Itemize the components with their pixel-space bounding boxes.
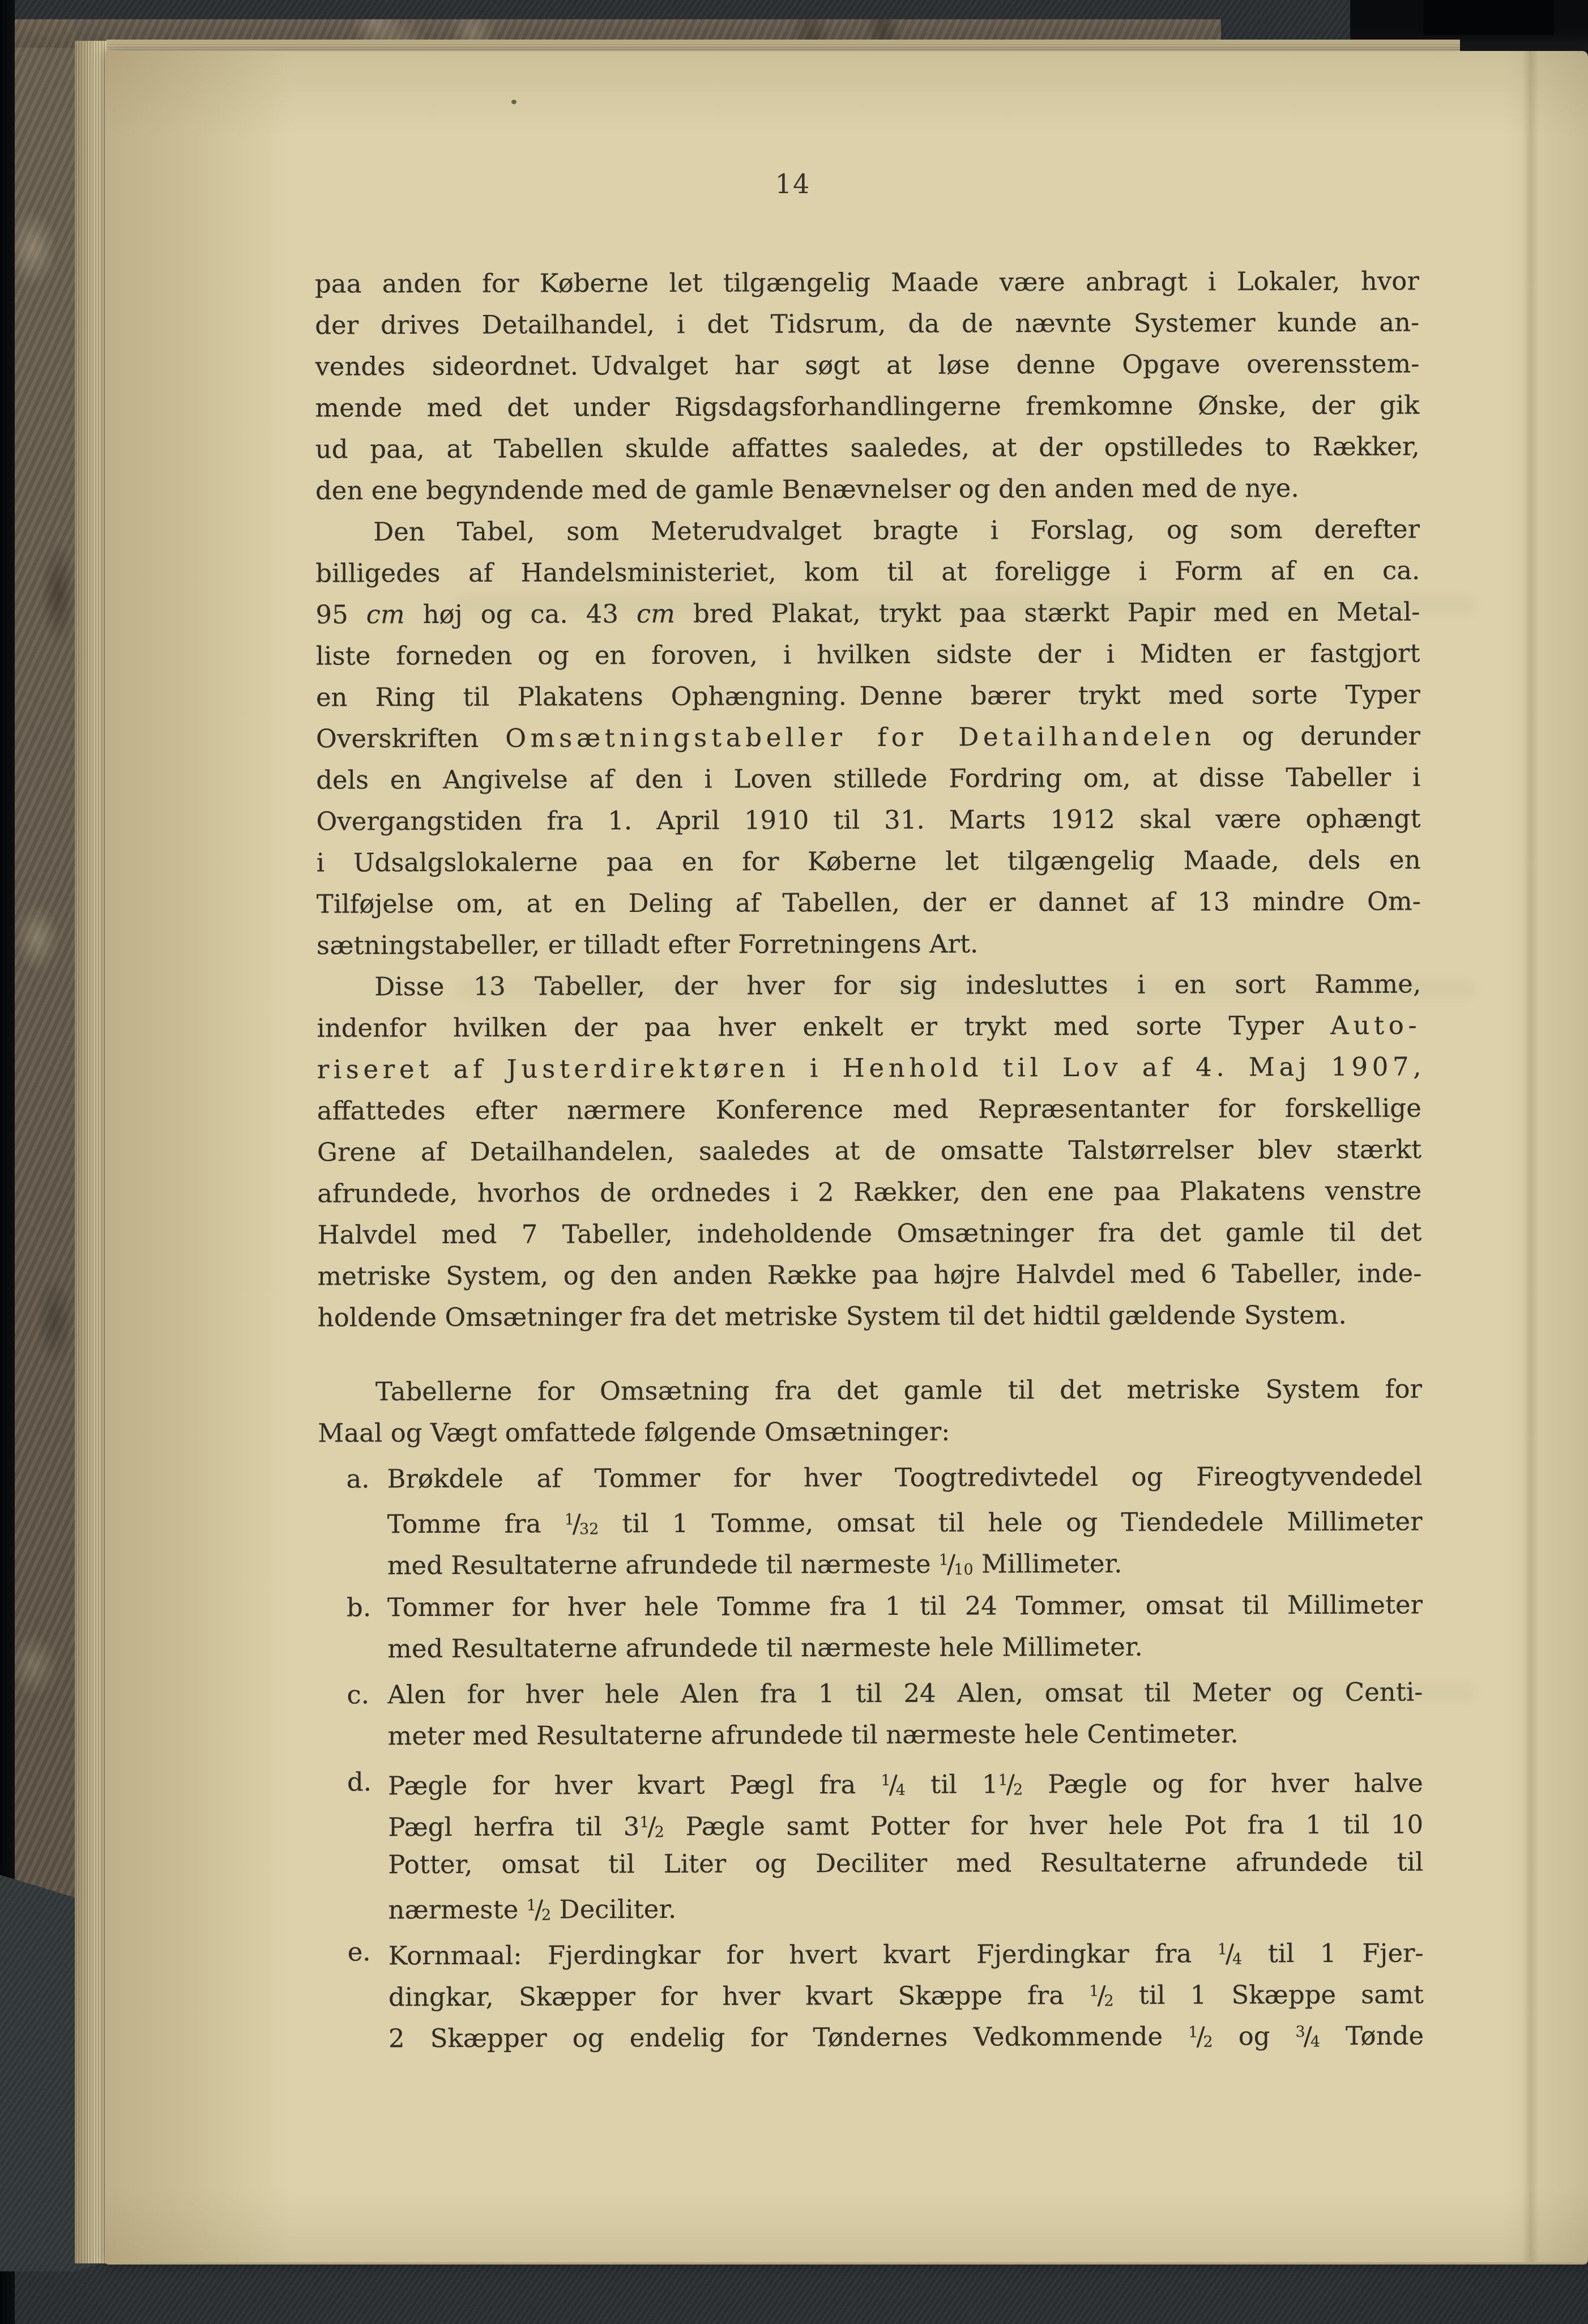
text-segment: Halvdel med 7 Tabeller, indeholdende Oms… [317, 1217, 1421, 1250]
page-edges-left [75, 41, 108, 2263]
text-segment: Disse 13 Tabeller, der hver for sig inde… [374, 969, 1421, 1001]
text-segment: der drives Detailhandel, i det Tidsrum, … [315, 307, 1419, 340]
text-line: Overgangstiden fra 1. April 1910 til 31.… [316, 798, 1420, 842]
fraction: 1/2 [1188, 2021, 1213, 2051]
text-line: Tilføjelse om, at en Deling af Tabellen,… [317, 880, 1421, 924]
fraction: 1/32 [565, 1508, 599, 1538]
text-segment: Pægle for hver kvart Pægl fra [388, 1769, 881, 1801]
text-line: Overskriften Omsætningstabeller for Deta… [316, 715, 1420, 759]
list-marker: a. [346, 1458, 369, 1499]
text-segment: høj og ca. 43 [405, 599, 637, 629]
text-segment: billigedes af Handelsministeriet, kom ti… [315, 555, 1420, 588]
text-line: mende med det under Rigsdagsforhandlinge… [315, 384, 1419, 428]
text-segment: Den Tabel, som Meterudvalget bragte i Fo… [373, 514, 1420, 547]
text-segment: nærmeste [388, 1895, 526, 1925]
list-marker: d. [347, 1761, 372, 1802]
text-segment: 95 [315, 599, 366, 629]
book-scan: 14 paa anden for Køberne let tilgængelig… [0, 0, 1588, 2324]
text-segment: metriske System, og den anden Række paa … [317, 1258, 1421, 1291]
text-segment: med Resultaterne afrundede til nærmeste [387, 1549, 939, 1581]
text-line: Grene af Detailhandelen, saaledes at de … [317, 1128, 1421, 1172]
text-line: billigedes af Handelsministeriet, kom ti… [315, 549, 1420, 594]
text-segment: Maal og Vægt omfattede følgende Omsætnin… [318, 1417, 950, 1448]
text-line: med Resultaterne afrundede til nærmeste … [318, 1538, 1423, 1582]
text-segment: Pægl herfra til 3 [388, 1811, 639, 1842]
text-segment: til 1 Fjer- [1242, 1938, 1424, 1968]
text-segment: Overgangstiden fra 1. April 1910 til 31.… [316, 803, 1420, 836]
text-line: med Resultaterne afrundede til nærmeste … [318, 1625, 1423, 1669]
text-segment: paa anden for Køberne let tilgængelig Ma… [315, 266, 1419, 299]
text-segment: ud paa, at Tabellen skulde affattes saal… [315, 431, 1420, 464]
text-segment: Tilføjelse om, at en Deling af Tabellen,… [317, 886, 1421, 919]
text-line: den ene begyndende med de gamle Benævnel… [315, 467, 1420, 511]
text-segment: Overskriften [316, 723, 505, 754]
text-segment: Tønde [1320, 2020, 1424, 2050]
letterspaced-text: Auto- [1330, 1010, 1421, 1040]
text-segment: med Resultaterne afrundede til nærmeste … [387, 1632, 1143, 1664]
text-line: Pægl herfra til 31/2 Pægle samt Potter f… [319, 1799, 1423, 1844]
text-line: sætningstabeller, er tilladt efter Forre… [317, 922, 1421, 966]
text-line: riseret af Justerdirektøren i Henhold ti… [317, 1046, 1421, 1090]
text-segment: 2 Skæpper og endelig for Tøndernes Vedko… [389, 2022, 1188, 2054]
fraction: 1/4 [1218, 1938, 1243, 1968]
text-segment: Kornmaal: Fjerdingkar for hvert kvart Fj… [389, 1938, 1218, 1971]
text-segment: til 1 Skæppe samt [1114, 1979, 1424, 2010]
text-segment: og [1213, 2021, 1296, 2051]
text-line: holdende Omsætninger fra det metriske Sy… [318, 1294, 1422, 1338]
list-marker: e. [348, 1931, 371, 1972]
list-item-line: a.Brøkdele af Tommer for hver Toogtrediv… [318, 1455, 1422, 1499]
page-edges-top [106, 40, 1460, 52]
fraction: 1/10 [939, 1549, 974, 1579]
fraction: 1/2 [998, 1769, 1023, 1799]
fraction: 1/2 [527, 1895, 552, 1925]
text-line: Maal og Vægt omfattede følgende Omsætnin… [318, 1409, 1422, 1453]
text-line: der drives Detailhandel, i det Tidsrum, … [315, 301, 1419, 346]
text-line: ud paa, at Tabellen skulde affattes saal… [315, 425, 1420, 470]
text-segment: den ene begyndende med de gamle Benævnel… [315, 473, 1299, 506]
text-line: Tabellerne for Omsætning fra det gamle t… [318, 1368, 1422, 1412]
letterspaced-text: Omsætningstabeller for Detailhandelen [505, 721, 1215, 753]
text-segment: Tabellerne for Omsætning fra det gamle t… [375, 1374, 1422, 1406]
text-segment: Potter, omsat til Liter og Deciliter med… [388, 1847, 1423, 1879]
text-block: paa anden for Køberne let tilgængelig Ma… [315, 260, 1424, 2055]
page-crease [1522, 51, 1539, 2262]
text-line: affattedes efter nærmere Konference med … [317, 1087, 1421, 1131]
text-segment: Pægle samt Potter for hver hele Pot fra … [664, 1809, 1423, 1841]
text-line: vendes sideordnet. Udvalget har søgt at … [315, 343, 1419, 387]
text-segment: Alen for hver hele Alen fra 1 til 24 Ale… [387, 1677, 1423, 1709]
text-line: dels en Angivelse af den i Loven stilled… [316, 756, 1420, 800]
paper-speck [511, 100, 516, 104]
text-segment: til 1 Tomme, omsat til hele og Tiendedel… [599, 1506, 1422, 1538]
text-line: dingkar, Skæpper for hver kvart Skæppe f… [319, 1969, 1424, 2014]
text-line: 95 cm høj og ca. 43 cm bred Plakat, tryk… [315, 591, 1420, 635]
text-segment: cm [366, 599, 405, 629]
text-segment: meter med Resultaterne afrundede til nær… [388, 1719, 1239, 1751]
text-segment: i Udsalgslokalerne paa en for Køberne le… [317, 845, 1421, 877]
text-segment: Brøkdele af Tommer for hver Toogtredivte… [387, 1461, 1422, 1494]
text-segment: Tomme fra [387, 1508, 565, 1539]
marbled-endpaper-left [15, 19, 75, 1934]
list-item-line: d.Pægle for hver kvart Pægl fra 1/4 til … [319, 1758, 1423, 1802]
text-segment: liste forneden og en foroven, i hvilken … [316, 638, 1420, 671]
text-line: indenfor hvilken der paa hver enkelt er … [317, 1004, 1421, 1048]
text-line: 2 Skæpper og endelig for Tøndernes Vedko… [319, 2011, 1424, 2055]
text-line: metriske System, og den anden Række paa … [317, 1252, 1421, 1297]
text-segment: , [1413, 1051, 1421, 1081]
text-segment: Deciliter. [551, 1894, 676, 1925]
text-segment: vendes sideordnet. Udvalget har søgt at … [315, 348, 1419, 381]
fraction: 1/2 [639, 1811, 664, 1841]
text-segment: dels en Angivelse af den i Loven stilled… [316, 762, 1420, 795]
text-line: Tomme fra 1/32 til 1 Tomme, omsat til he… [318, 1496, 1423, 1541]
letterspaced-text: riseret af Justerdirektøren i Henhold ti… [317, 1051, 1414, 1084]
text-segment: indenfor hvilken der paa hver enkelt er … [317, 1010, 1330, 1043]
text-line: liste forneden og en foroven, i hvilken … [316, 632, 1420, 676]
text-line: Halvdel med 7 Tabeller, indeholdende Oms… [317, 1211, 1421, 1255]
text-line: en Ring til Plakatens Ophængning. Denne … [316, 673, 1420, 718]
cover-top-right-shadow [1424, 0, 1554, 35]
text-segment: til 1 [906, 1769, 998, 1799]
text-line: nærmeste 1/2 Deciliter. [319, 1882, 1423, 1926]
text-segment: bred Plakat, trykt paa stærkt Papir med … [675, 596, 1420, 628]
text-line: Potter, omsat til Liter og Deciliter med… [319, 1841, 1423, 1885]
fraction: 3/4 [1295, 2021, 1320, 2051]
text-segment: og derunder [1215, 720, 1420, 751]
text-segment: mende med det under Rigsdagsforhandlinge… [315, 390, 1419, 423]
text-line: meter med Resultaterne afrundede til nær… [319, 1712, 1423, 1756]
text-segment: Pægle og for hver halve [1023, 1768, 1423, 1799]
text-segment: Tommer for hver hele Tomme fra 1 til 24 … [387, 1589, 1423, 1622]
text-line: i Udsalgslokalerne paa en for Køberne le… [317, 839, 1421, 883]
text-segment: holdende Omsætninger fra det metriske Sy… [318, 1300, 1347, 1333]
text-segment: dingkar, Skæpper for hver kvart Skæppe f… [389, 1980, 1089, 2012]
text-segment: affattedes efter nærmere Konference med … [317, 1093, 1421, 1125]
list-marker: b. [347, 1587, 371, 1628]
text-line: Den Tabel, som Meterudvalget bragte i Fo… [315, 508, 1420, 552]
text-segment: Millimeter. [973, 1549, 1122, 1579]
text-segment: Grene af Detailhandelen, saaledes at de … [317, 1134, 1421, 1167]
text-segment: sætningstabeller, er tilladt efter Forre… [317, 928, 979, 960]
list-marker: c. [347, 1674, 369, 1715]
text-segment: afrundede, hvorhos de ordnedes i 2 Række… [317, 1175, 1421, 1208]
fraction: 1/2 [1089, 1980, 1114, 2010]
text-line: afrundede, hvorhos de ordnedes i 2 Række… [317, 1170, 1421, 1214]
page-number: 14 [317, 169, 1269, 199]
text-segment: en Ring til Plakatens Ophængning. Denne … [316, 679, 1420, 712]
list-item-line: b.Tommer for hver hele Tomme fra 1 til 2… [318, 1584, 1423, 1628]
list-item-line: e.Kornmaal: Fjerdingkar for hvert kvart … [319, 1928, 1424, 1972]
fraction: 1/4 [881, 1769, 906, 1799]
text-line: paa anden for Køberne let tilgængelig Ma… [315, 260, 1419, 304]
list-item-line: c.Alen for hver hele Alen fra 1 til 24 A… [318, 1671, 1423, 1715]
text-segment: cm [637, 599, 675, 629]
text-line: Disse 13 Tabeller, der hver for sig inde… [317, 963, 1421, 1007]
